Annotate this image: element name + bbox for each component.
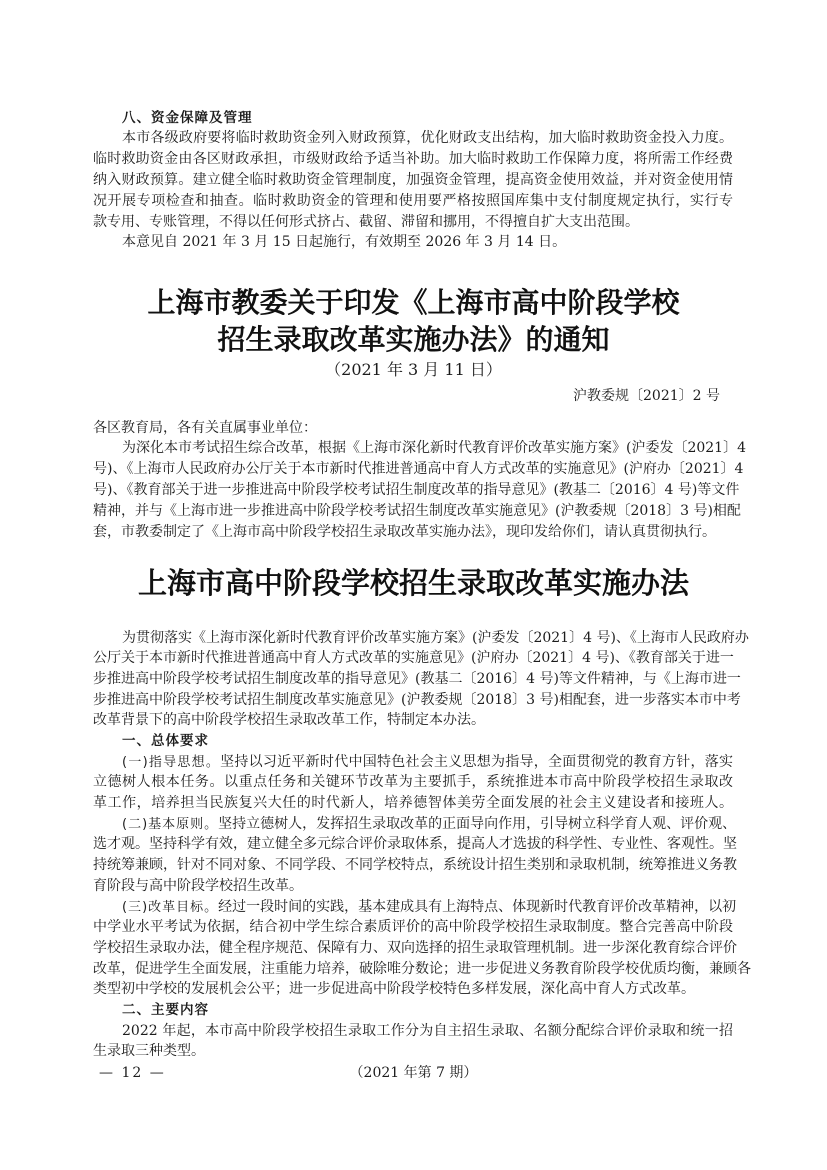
item-text: 坚持立德树人，发挥招生录取改革的正面导向作用，引导树立科学育人观、评价观、 <box>218 816 736 832</box>
text-line: 本市各级政府要将临时救助资金列入财政预算，优化财政支出结构，加大临时救助资金投入… <box>93 128 733 149</box>
text-line: 立德树人根本任务。以重点任务和关键环节改革为主要抓手，系统推进本市高中阶段学校招… <box>93 772 733 793</box>
text-line: 精神，并与《上海市进一步推进高中阶段学校考试招生制度改革实施意见》(沪教委规〔2… <box>93 501 733 522</box>
notice-title-line: 招生录取改革实施办法》的通知 <box>0 321 827 358</box>
text-line: 生录取三种类型。 <box>93 1041 733 1062</box>
section-funding-guarantee: 八、资金保障及管理 本市各级政府要将临时救助资金列入财政预算，优化财政支出结构，… <box>93 108 733 254</box>
measures-title: 上海市高中阶段学校招生录取改革实施办法 <box>0 564 827 602</box>
item-reform-goals: (三)改革目标。经过一段时间的实践，基本建成具有上海特点、体现新时代教育评价改革… <box>93 897 733 918</box>
item-label: (三)改革目标。 <box>122 900 218 915</box>
notice-title: 上海市教委关于印发《上海市高中阶段学校 招生录取改革实施办法》的通知 <box>0 284 827 358</box>
text-line: 改革背景下的高中阶段学校招生录取改革工作，特制定本办法。 <box>93 710 733 731</box>
section-heading: 八、资金保障及管理 <box>93 108 733 129</box>
text-line: 号)、《上海市人民政府办公厅关于本市新时代推进普通高中育人方式改革的实施意见》(… <box>93 459 733 480</box>
text-line: 纳入财政预算。建立健全临时救助资金管理制度，加强资金管理，提高资金使用效益，并对… <box>93 170 733 191</box>
text-line: 款专用、专账管理，不得以任何形式挤占、截留、滞留和挪用，不得擅自扩大支出范围。 <box>93 212 733 233</box>
notice-date: （2021 年 3 月 11 日） <box>0 360 827 380</box>
text-line: 为深化本市考试招生综合改革，根据《上海市深化新时代教育评价改革实施方案》(沪委发… <box>93 438 733 459</box>
text-line: 2022 年起，本市高中阶段学校招生录取工作分为自主招生录取、名额分配综合评价录… <box>93 1021 733 1042</box>
text-line: 公厅关于本市新时代推进普通高中育人方式改革的实施意见》(沪府办〔2021〕4 号… <box>93 648 733 669</box>
text-line: 持统筹兼顾，针对不同对象、不同学段、不同学校特点，系统设计招生类别和录取机制，统… <box>93 855 733 876</box>
text-line: 学校招生录取办法，健全程序规范、保障有力、双向选择的招生录取管理机制。进一步深化… <box>93 938 733 959</box>
addressee: 各区教育局，各有关直属事业单位： <box>93 418 733 439</box>
item-basic-principles: (二)基本原则。坚持立德树人，发挥招生录取改革的正面导向作用，引导树立科学育人观… <box>93 814 733 835</box>
document-page: 八、资金保障及管理 本市各级政府要将临时救助资金列入财政预算，优化财政支出结构，… <box>0 0 827 1170</box>
section-heading: 二、主要内容 <box>93 1000 733 1021</box>
text-line: 况开展专项检查和抽查。临时救助资金的管理和使用要严格按照国库集中支付制度规定执行… <box>93 191 733 212</box>
item-guiding-ideology: (一)指导思想。坚持以习近平新时代中国特色社会主义思想为指导，全面贯彻党的教育方… <box>93 752 733 773</box>
text-line: 步推进高中阶段学校考试招生制度改革实施意见》(沪教委规〔2018〕3 号)相配套… <box>93 690 733 711</box>
text-line: 步推进高中阶段学校考试招生制度改革的指导意见》(教基二〔2016〕4 号)等文件… <box>93 669 733 690</box>
text-line: 改革，促进学生全面发展，注重能力培养，破除唯分数论；进一步促进义务教育阶段学校优… <box>93 959 733 980</box>
text-line: 临时救助资金由各区财政承担，市级财政给予适当补助。加大临时救助工作保障力度，将所… <box>93 149 733 170</box>
notice-body: 各区教育局，各有关直属事业单位： 为深化本市考试招生综合改革，根据《上海市深化新… <box>93 418 733 543</box>
measures-body: 为贯彻落实《上海市深化新时代教育评价改革实施方案》(沪委发〔2021〕4 号)、… <box>93 628 733 1062</box>
effective-date-text: 本意见自 2021 年 3 月 15 日起施行，有效期至 2026 年 3 月 … <box>93 232 733 253</box>
notice-title-line: 上海市教委关于印发《上海市高中阶段学校 <box>0 284 827 321</box>
item-label: (一)指导思想。 <box>122 755 220 770</box>
text-line: 为贯彻落实《上海市深化新时代教育评价改革实施方案》(沪委发〔2021〕4 号)、… <box>93 628 733 649</box>
text-line: 选才观。坚持科学有效，建立健全多元综合评价录取体系，提高人才选拔的科学性、专业性… <box>93 834 733 855</box>
item-label: (二)基本原则。 <box>122 817 218 832</box>
text-line: 号)、《教育部关于进一步推进高中阶段学校考试招生制度改革的指导意见》(教基二〔2… <box>93 480 733 501</box>
document-number: 沪教委规〔2021〕2 号 <box>573 386 720 406</box>
text-line: 革工作，培养担当民族复兴大任的时代新人，培养德智体美劳全面发展的社会主义建设者和… <box>93 793 733 814</box>
item-text: 经过一段时间的实践，基本建成具有上海特点、体现新时代教育评价改革精神，以初 <box>218 899 736 915</box>
issue-label: （2021 年第 7 期） <box>0 1063 827 1083</box>
text-line: 育阶段与高中阶段学校招生改革。 <box>93 876 733 897</box>
text-line: 中学业水平考试为依据，结合初中学生综合素质评价的高中阶段学校招生录取制度。整合完… <box>93 917 733 938</box>
text-line: 类型初中学校的发展机会公平；进一步促进高中阶段学校特色多样发展，深化高中育人方式… <box>93 979 733 1000</box>
text-line: 套，市教委制定了《上海市高中阶段学校招生录取改革实施办法》，现印发给你们，请认真… <box>93 522 733 543</box>
section-heading: 一、总体要求 <box>93 731 733 752</box>
item-text: 坚持以习近平新时代中国特色社会主义思想为指导，全面贯彻党的教育方针，落实 <box>220 754 733 770</box>
